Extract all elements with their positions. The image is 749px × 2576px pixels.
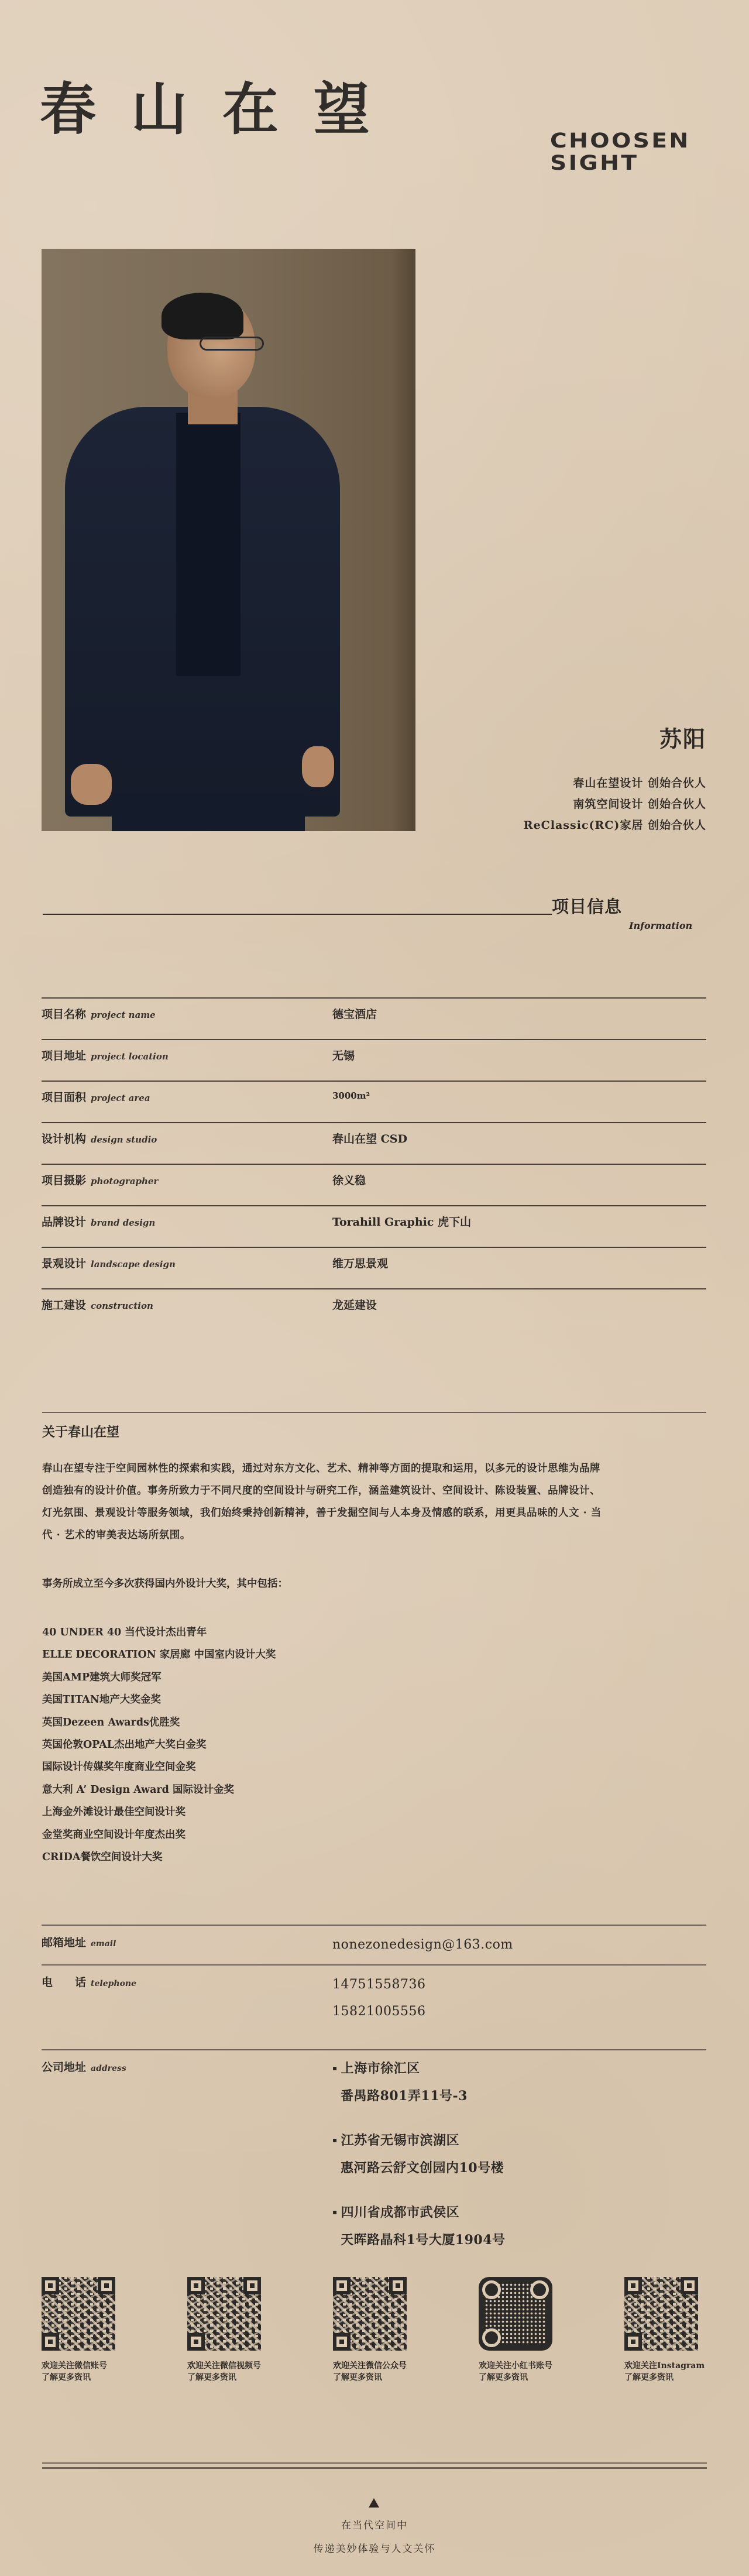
award-item: 英国Dezeen Awards优胜奖	[42, 1711, 276, 1734]
project-info-table: 项目名称project name 德宝酒店 项目地址project locati…	[42, 997, 706, 1330]
row-label: 设计机构design studio	[42, 1130, 157, 1146]
row-value: 无锡	[332, 1047, 355, 1063]
photo-hand-left	[71, 764, 112, 805]
section-divider	[43, 914, 552, 915]
address-label: 公司地址address	[42, 2059, 126, 2074]
award-item: 40 UNDER 40 当代设计杰出青年	[42, 1621, 276, 1644]
awards-intro: 事务所成立至今多次获得国内外设计大奖，其中包括：	[42, 1576, 288, 1590]
person-roles: 春山在望设计 创始合伙人 南筑空间设计 创始合伙人 ReClassic(RC)家…	[524, 773, 706, 836]
table-row: 设计机构design studio 春山在望 CSD	[42, 1122, 706, 1164]
footer-slogan-line1: 在当代空间中	[0, 2517, 749, 2532]
brand-logo-cn: 春山在望	[40, 77, 405, 142]
qr-caption: 欢迎关注小红书账号了解更多资讯	[479, 2360, 561, 2383]
photo-pants	[112, 793, 305, 831]
award-item: 意大利 A’ Design Award 国际设计金奖	[42, 1779, 276, 1801]
table-row: 项目名称project name 德宝酒店	[42, 997, 706, 1039]
email-label: 邮箱地址email	[42, 1934, 116, 1950]
award-item: 国际设计传媒奖年度商业空间金奖	[42, 1756, 276, 1778]
phone-label: 电 话telephone	[42, 1974, 136, 1990]
xiaohongshu-qr-icon	[479, 2277, 552, 2351]
row-label: 项目名称project name	[42, 1006, 156, 1021]
person-role: 春山在望设计 创始合伙人	[524, 773, 706, 794]
award-item: ELLE DECORATION 家居廊 中国室内设计大奖	[42, 1644, 276, 1666]
qr-item-wechat-channels: 欢迎关注微信视频号了解更多资讯	[187, 2277, 269, 2383]
award-item: CRIDA餐饮空间设计大奖	[42, 1846, 276, 1868]
table-row: 项目面积project area 3000m²	[42, 1081, 706, 1122]
phone-number[interactable]: 15821005556	[332, 1998, 425, 2025]
table-row: 景观设计landscape design 维万思景观	[42, 1247, 706, 1288]
brand-logo-en-line1: CHOOSEN	[550, 130, 690, 152]
section-divider	[42, 1412, 706, 1413]
contact-row-email: 邮箱地址email nonezonedesign@163.com	[42, 1925, 706, 1964]
qr-caption: 欢迎关注微信视频号了解更多资讯	[187, 2360, 269, 2383]
person-role: 南筑空间设计 创始合伙人	[524, 794, 706, 815]
address-item: 上海市徐汇区 番禺路801弄11号-3	[332, 2055, 506, 2109]
footer-divider	[42, 2467, 707, 2469]
photo-glasses	[200, 337, 264, 351]
award-item: 英国伦敦OPAL杰出地产大奖白金奖	[42, 1734, 276, 1756]
contact-row-address: 公司地址address 上海市徐汇区 番禺路801弄11号-3 江苏省无锡市滨湖…	[42, 2049, 706, 2242]
award-item: 金堂奖商业空间设计年度杰出奖	[42, 1824, 276, 1846]
row-value: 龙延建设	[332, 1296, 377, 1312]
instagram-qr-icon	[624, 2277, 698, 2351]
triangle-up-icon	[369, 2498, 379, 2508]
row-label: 项目摄影photographer	[42, 1172, 158, 1188]
photo-hand-right	[302, 746, 334, 787]
brand-logo-en-line2: SIGHT	[550, 152, 690, 174]
award-item: 美国AMP建筑大师奖冠军	[42, 1666, 276, 1689]
brand-logo-en: CHOOSEN SIGHT	[550, 130, 690, 174]
photo-shirt	[176, 413, 240, 676]
row-value: 春山在望 CSD	[332, 1130, 407, 1146]
person-role: ReClassic(RC)家居 创始合伙人	[524, 815, 706, 836]
table-row: 品牌设计brand design Torahill Graphic 虎下山	[42, 1205, 706, 1247]
info-section-title: 项目信息	[552, 894, 622, 918]
row-label: 项目面积project area	[42, 1089, 150, 1105]
wechat-channels-qr-icon	[187, 2277, 261, 2351]
about-body: 春山在望专注于空间园林性的探索和实践，通过对东方文化、艺术、精神等方面的提取和运…	[42, 1457, 604, 1546]
qr-item-wechat-official: 欢迎关注微信公众号了解更多资讯	[333, 2277, 415, 2383]
qr-caption: 欢迎关注微信公众号了解更多资讯	[333, 2360, 415, 2383]
portrait-photo	[42, 249, 415, 831]
row-label: 品牌设计brand design	[42, 1213, 155, 1229]
person-name: 苏阳	[659, 721, 706, 753]
wechat-official-qr-icon	[333, 2277, 407, 2351]
awards-list: 40 UNDER 40 当代设计杰出青年 ELLE DECORATION 家居廊…	[42, 1621, 276, 1868]
qr-caption: 欢迎关注微信账号了解更多资讯	[42, 2360, 123, 2383]
wechat-account-qr-icon	[42, 2277, 115, 2351]
row-value: 3000m²	[332, 1090, 370, 1101]
contact-row-phone: 电 话telephone 14751558736 15821005556	[42, 1964, 706, 2049]
photo-hair	[162, 293, 243, 339]
row-label: 景观设计landscape design	[42, 1255, 176, 1271]
about-title: 关于春山在望	[42, 1422, 119, 1440]
row-label: 施工建设construction	[42, 1296, 153, 1312]
phone-number[interactable]: 14751558736	[332, 1971, 425, 1998]
contact-info: 邮箱地址email nonezonedesign@163.com 电 话tele…	[42, 1925, 706, 2242]
table-row: 项目地址project location 无锡	[42, 1039, 706, 1081]
row-value: Torahill Graphic 虎下山	[332, 1213, 471, 1229]
qr-item-instagram: 欢迎关注Instagram了解更多资讯	[624, 2277, 706, 2383]
row-label: 项目地址project location	[42, 1047, 169, 1063]
table-row: 项目摄影photographer 徐义稳	[42, 1164, 706, 1205]
qr-item-xiaohongshu: 欢迎关注小红书账号了解更多资讯	[479, 2277, 561, 2383]
award-item: 上海金外滩设计最佳空间设计奖	[42, 1801, 276, 1823]
info-section-subtitle: Information	[629, 920, 692, 931]
row-value: 德宝酒店	[332, 1006, 377, 1021]
award-item: 美国TITAN地产大奖金奖	[42, 1689, 276, 1711]
email-link[interactable]: nonezonedesign@163.com	[332, 1932, 513, 1958]
photo-shadow	[392, 249, 415, 831]
address-item: 四川省成都市武侯区 天晖路晶科1号大厦1904号	[332, 2199, 506, 2253]
qr-caption: 欢迎关注Instagram了解更多资讯	[624, 2360, 706, 2383]
qr-item-wechat-account: 欢迎关注微信账号了解更多资讯	[42, 2277, 123, 2383]
footer-slogan-line2: 传递美妙体验与人文关怀	[0, 2540, 749, 2555]
footer-divider	[42, 2462, 707, 2464]
address-item: 江苏省无锡市滨湖区 惠河路云舒文创园内10号楼	[332, 2127, 506, 2181]
qr-code-row: 欢迎关注微信账号了解更多资讯 欢迎关注微信视频号了解更多资讯 欢迎关注微信公众号…	[42, 2277, 706, 2383]
row-value: 维万思景观	[332, 1255, 388, 1271]
row-value: 徐义稳	[332, 1172, 366, 1188]
table-row: 施工建设construction 龙延建设	[42, 1288, 706, 1330]
